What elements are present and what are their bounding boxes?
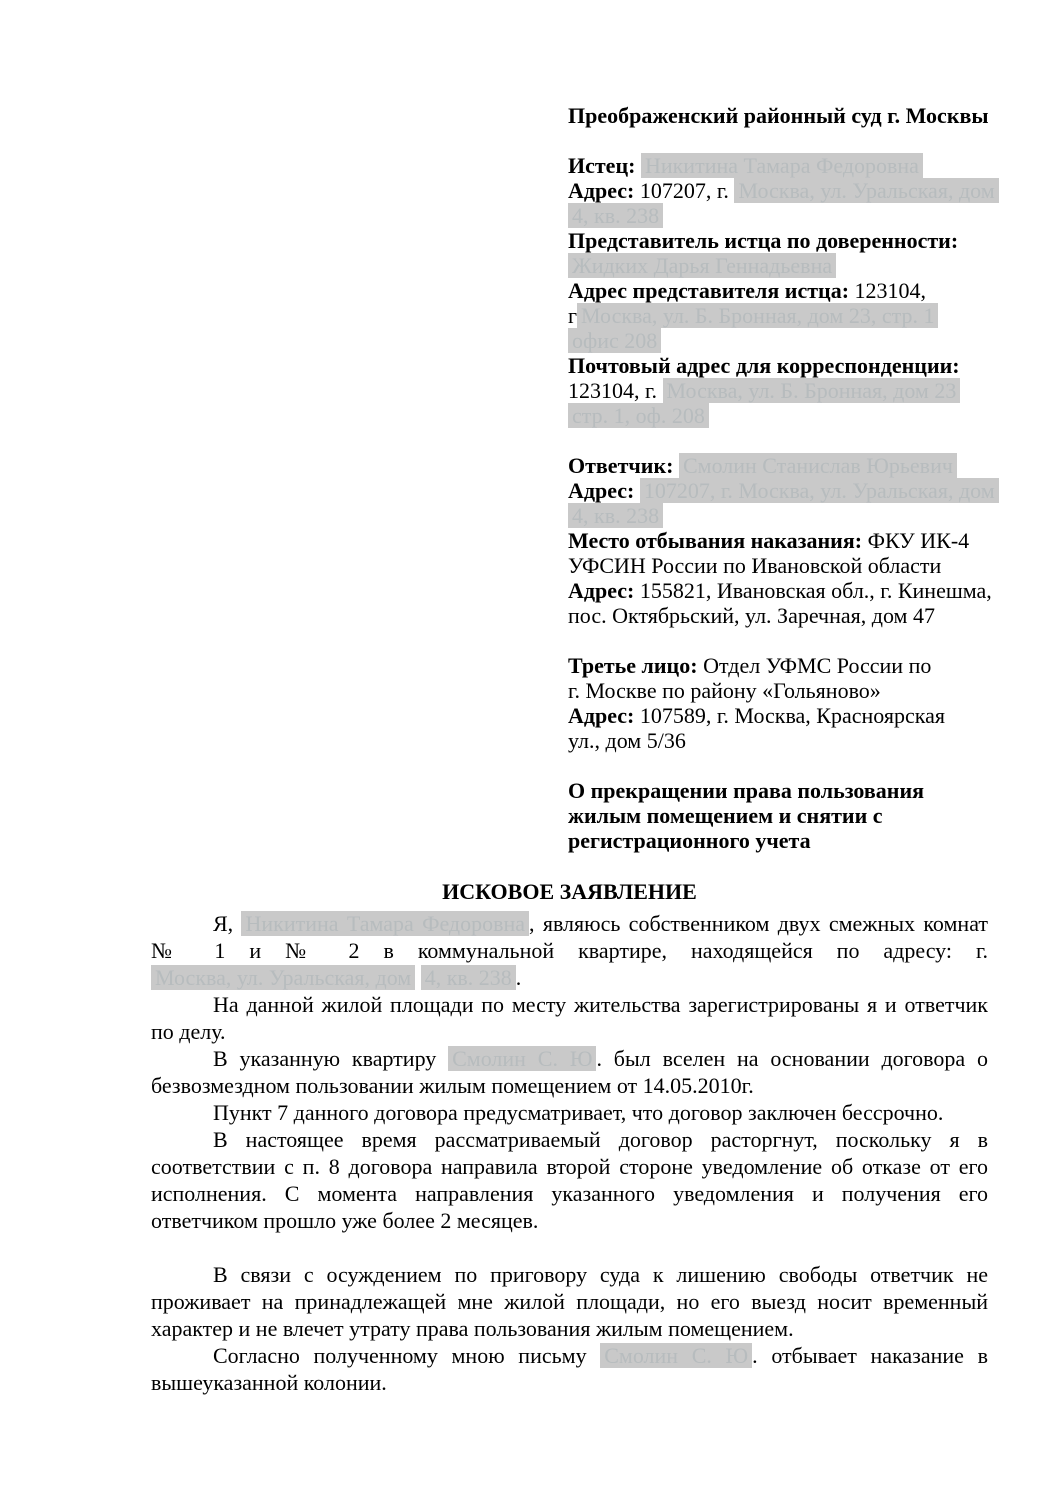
plaintiff-address-redaction-2: 4, кв. 238 bbox=[568, 203, 663, 228]
court-name: Преображенский районный суд г. Москвы bbox=[568, 103, 989, 128]
prison-address-line-1: Адрес: 155821, Ивановская обл., г. Кинеш… bbox=[568, 578, 988, 603]
representative-name-line: Жидких Дарья Геннадьевна bbox=[568, 253, 988, 278]
representative-address-redaction-2: офис 208 bbox=[568, 328, 661, 353]
prison-address-1: 155821, Ивановская обл., г. Кинешма, bbox=[640, 578, 992, 603]
third-party-line-2: г. Москве по району «Гольяново» bbox=[568, 678, 988, 703]
paragraph-1: Я, Никитина Тамара Федоровна, являюсь со… bbox=[151, 910, 988, 991]
paragraph-2: На данной жилой площади по месту жительс… bbox=[151, 991, 988, 1045]
representative-label: Представитель истца по доверенности: bbox=[568, 228, 958, 253]
plaintiff-address-visible: 107207, г. bbox=[640, 178, 729, 203]
paragraph-5: В настоящее время рассматриваемый догово… bbox=[151, 1126, 988, 1234]
representative-address-visible: 123104, bbox=[855, 278, 927, 303]
spacer bbox=[568, 753, 988, 778]
third-party-address-line-1: Адрес: 107589, г. Москва, Красноярская bbox=[568, 703, 988, 728]
defendant-name-redaction: Смолин Станислав Юрьевич bbox=[679, 453, 957, 478]
plaintiff-address-line-2: 4, кв. 238 bbox=[568, 203, 988, 228]
defendant-address-redaction-1: 107207, г. Москва, ул. Уральская, дом bbox=[640, 478, 999, 503]
postal-label: Почтовый адрес для корреспонденции: bbox=[568, 353, 960, 378]
requisites-column: Преображенский районный суд г. Москвы Ис… bbox=[568, 103, 988, 853]
document-page: Преображенский районный суд г. Москвы Ис… bbox=[0, 0, 1060, 1500]
prison-line-2: УФСИН России по Ивановской области bbox=[568, 553, 988, 578]
spacer bbox=[568, 628, 988, 653]
defendant-address-redaction-2: 4, кв. 238 bbox=[568, 503, 663, 528]
plaintiff-name-redaction: Никитина Тамара Федоровна bbox=[641, 153, 923, 178]
third-party-value-2: г. Москве по району «Гольяново» bbox=[568, 678, 881, 703]
third-party-address-2: ул., дом 5/36 bbox=[568, 728, 686, 753]
paragraph-3: В указанную квартиру Смолин С. Ю. был вс… bbox=[151, 1045, 988, 1099]
paragraph-7: Согласно полученному мною письму Смолин … bbox=[151, 1342, 988, 1396]
postal-visible: 123104, г. bbox=[568, 378, 657, 403]
prison-address-2: пос. Октябрьский, ул. Заречная, дом 47 bbox=[568, 603, 935, 628]
prison-address-line-2: пос. Октябрьский, ул. Заречная, дом 47 bbox=[568, 603, 988, 628]
paragraph-4: Пункт 7 данного договора предусматривает… bbox=[151, 1099, 988, 1126]
representative-label-line: Представитель истца по доверенности: bbox=[568, 228, 988, 253]
representative-address-label: Адрес представителя истца: bbox=[568, 278, 849, 303]
representative-address-line-3: офис 208 bbox=[568, 328, 988, 353]
prison-value-1: ФКУ ИК-4 bbox=[868, 528, 970, 553]
paragraph-6: В связи с осуждением по приговору суда к… bbox=[151, 1261, 988, 1342]
subject-line-1: О прекращении права пользования bbox=[568, 778, 988, 803]
representative-address-line-2: гМосква, ул. Б. Бронная, дом 23, стр. 1 bbox=[568, 303, 988, 328]
spacer bbox=[568, 128, 988, 153]
representative-name-redaction: Жидких Дарья Геннадьевна bbox=[568, 253, 836, 278]
defendant-address-line: Адрес: 107207, г. Москва, ул. Уральская,… bbox=[568, 478, 988, 503]
court-name-line: Преображенский районный суд г. Москвы bbox=[568, 103, 988, 128]
subject-line-2: жилым помещением и снятии с bbox=[568, 803, 988, 828]
p7-name-redaction: Смолин С. Ю bbox=[600, 1343, 752, 1368]
third-party-address-1: 107589, г. Москва, Красноярская bbox=[640, 703, 945, 728]
statement-body: Я, Никитина Тамара Федоровна, являюсь со… bbox=[151, 910, 988, 1396]
document-title: ИСКОВОЕ ЗАЯВЛЕНИЕ bbox=[151, 878, 988, 905]
prison-label: Место отбывания наказания: bbox=[568, 528, 862, 553]
document-content: Преображенский районный суд г. Москвы Ис… bbox=[151, 103, 988, 1396]
representative-address-prefix: г bbox=[568, 303, 577, 328]
subject-1: О прекращении права пользования bbox=[568, 778, 924, 803]
representative-address-line: Адрес представителя истца: 123104, bbox=[568, 278, 988, 303]
postal-redaction-1: Москва, ул. Б. Бронная, дом 23 bbox=[663, 378, 961, 403]
p1-pre: Я, bbox=[213, 911, 233, 936]
subject-3: регистрационного учета bbox=[568, 828, 811, 853]
p7-pre: Согласно полученному мною письму bbox=[213, 1343, 587, 1368]
third-party-value-1: Отдел УФМС России по bbox=[703, 653, 931, 678]
third-party-label: Третье лицо: bbox=[568, 653, 698, 678]
p1-address-redaction-2: 4, кв. 238 bbox=[421, 965, 516, 990]
plaintiff-label: Истец: bbox=[568, 153, 635, 178]
third-party-address-label: Адрес: bbox=[568, 703, 634, 728]
third-party-address-line-2: ул., дом 5/36 bbox=[568, 728, 988, 753]
defendant-line: Ответчик: Смолин Станислав Юрьевич bbox=[568, 453, 988, 478]
p1-end: . bbox=[516, 965, 522, 990]
plaintiff-address-label: Адрес: bbox=[568, 178, 634, 203]
postal-address-line: 123104, г. Москва, ул. Б. Бронная, дом 2… bbox=[568, 378, 988, 403]
p1-address-redaction-1: Москва, ул. Уральская, дом bbox=[151, 965, 415, 990]
subject-line-3: регистрационного учета bbox=[568, 828, 988, 853]
subject-2: жилым помещением и снятии с bbox=[568, 803, 883, 828]
defendant-label: Ответчик: bbox=[568, 453, 673, 478]
p3-name-redaction: Смолин С. Ю bbox=[448, 1046, 596, 1071]
prison-line-1: Место отбывания наказания: ФКУ ИК-4 bbox=[568, 528, 988, 553]
p1-name-redaction: Никитина Тамара Федоровна bbox=[241, 911, 529, 936]
plaintiff-line: Истец: Никитина Тамара Федоровна bbox=[568, 153, 988, 178]
prison-value-2: УФСИН России по Ивановской области bbox=[568, 553, 941, 578]
defendant-address-line-2: 4, кв. 238 bbox=[568, 503, 988, 528]
plaintiff-address-redaction-1: Москва, ул. Уральская, дом bbox=[734, 178, 998, 203]
third-party-line-1: Третье лицо: Отдел УФМС России по bbox=[568, 653, 988, 678]
p3-pre: В указанную квартиру bbox=[213, 1046, 436, 1071]
plaintiff-address-line: Адрес: 107207, г. Москва, ул. Уральская,… bbox=[568, 178, 988, 203]
defendant-address-label: Адрес: bbox=[568, 478, 634, 503]
spacer bbox=[568, 428, 988, 453]
prison-address-label: Адрес: bbox=[568, 578, 634, 603]
representative-address-redaction-1: Москва, ул. Б. Бронная, дом 23, стр. 1 bbox=[577, 303, 938, 328]
postal-address-line-2: стр. 1, оф. 208 bbox=[568, 403, 988, 428]
postal-redaction-2: стр. 1, оф. 208 bbox=[568, 403, 709, 428]
postal-label-line: Почтовый адрес для корреспонденции: bbox=[568, 353, 988, 378]
